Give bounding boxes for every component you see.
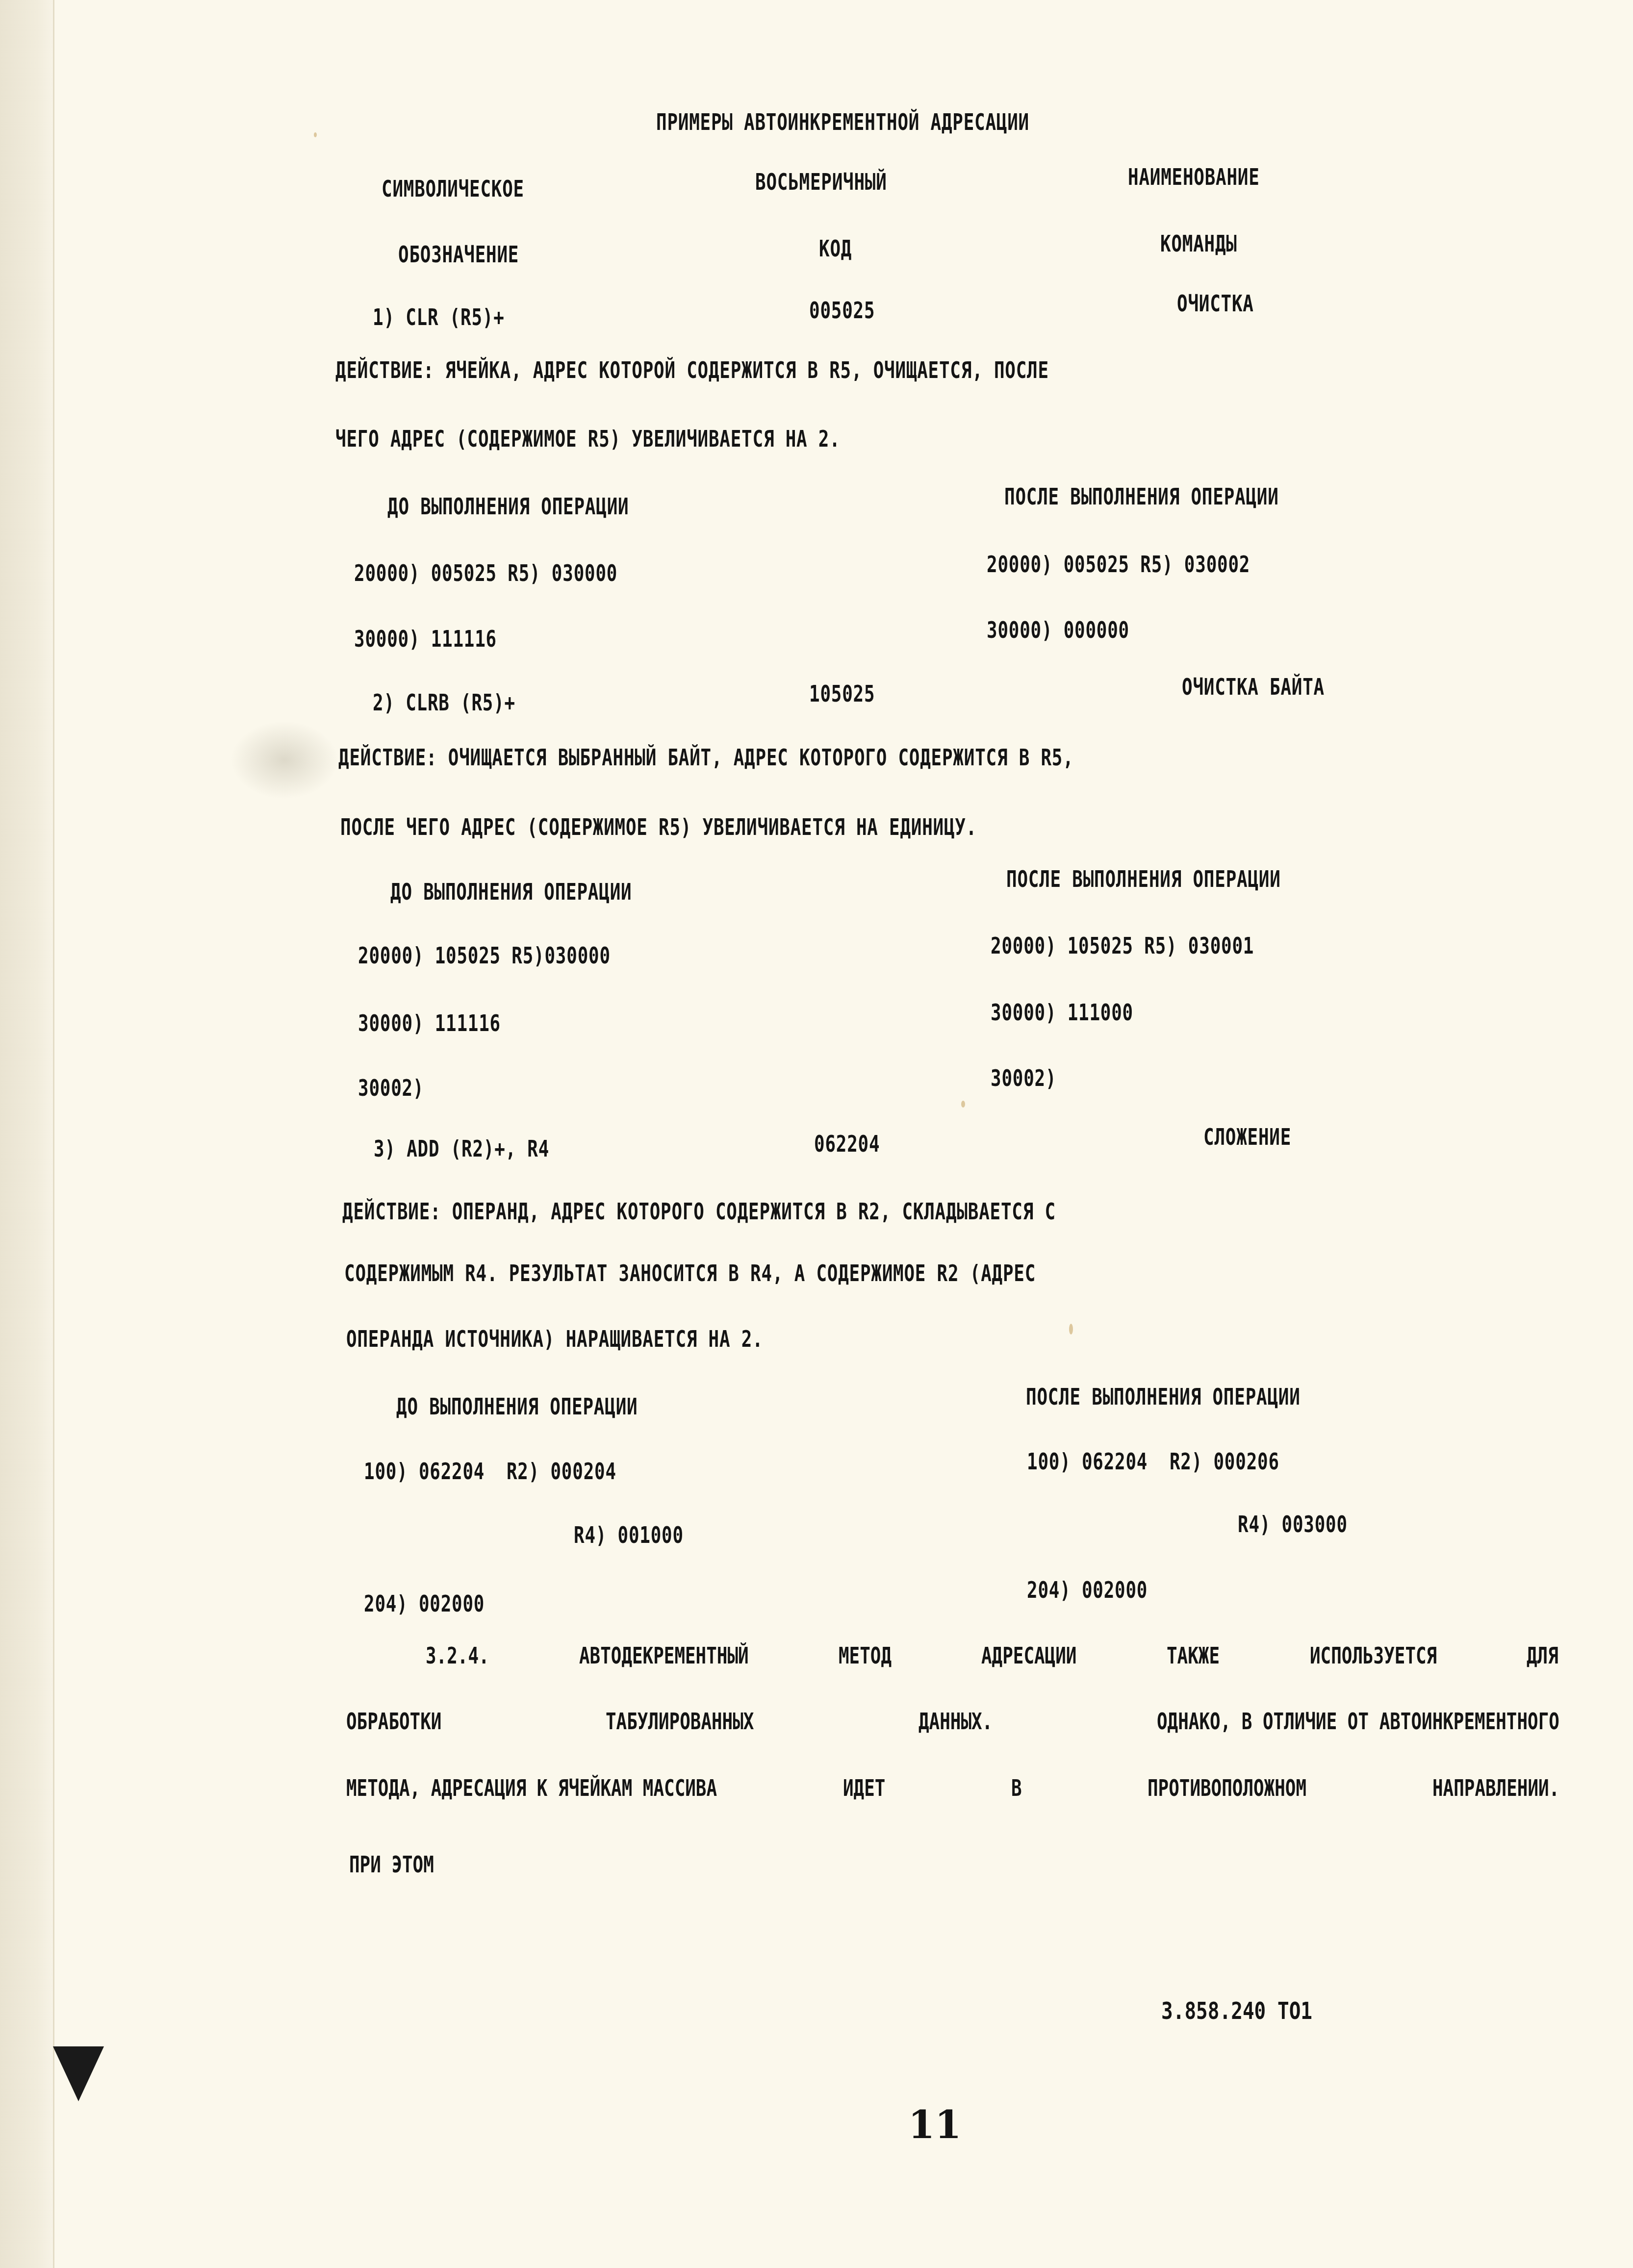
column-header-symbolic-1: СИМВОЛИЧЕСКОЕ [382,177,524,200]
paragraph-word: ДЛЯ [1527,1644,1552,1667]
paragraph-word: МЕТОДА, АДРЕСАЦИЯ К ЯЧЕЙКАМ МАССИВА [346,1777,636,1799]
example-2-after-label: ПОСЛЕ ВЫПОЛНЕНИЯ ОПЕРАЦИИ [1006,868,1281,890]
example-2-octal: 105025 [809,682,875,705]
example-2-name: ОЧИСТКА БАЙТА [1182,676,1325,698]
page-title: ПРИМЕРЫ АВТОИНКРЕМЕНТНОЙ АДРЕСАЦИИ [656,111,1029,133]
example-2-after-row: 20000) 105025 R5) 030001 [991,934,1254,957]
column-header-octal-2: КОД [819,237,852,260]
column-header-name-1: НАИМЕНОВАНИЕ [1128,166,1260,188]
paragraph-word: МЕТОД [839,1644,880,1667]
example-2-action-line: ДЕЙСТВИЕ: ОЧИЩАЕТСЯ ВЫБРАННЫЙ БАЙТ, АДРЕ… [338,746,1074,769]
document-code: 3.858.240 ТО1 [1161,1999,1312,2023]
example-1-before-row: 20000) 005025 R5) 030000 [354,562,617,584]
example-1-after-row: 20000) 005025 R5) 030002 [987,553,1250,576]
paragraph-word: АВТОДЕКРЕМЕНТНЫЙ [579,1644,712,1667]
example-3-name: СЛОЖЕНИЕ [1203,1126,1291,1148]
example-2-after-row: 30002) [991,1067,1056,1089]
example-2-before-row: 30000) 111116 [358,1012,501,1034]
paragraph-word: ИСПОЛЬЗУЕТСЯ [1310,1644,1409,1667]
example-2-after-row: 30000) 111000 [991,1001,1133,1024]
example-1-symbolic: 1) CLR (R5)+ [373,306,505,328]
paper-speck [314,132,317,137]
example-3-before-row: 204) 002000 [364,1592,485,1615]
paragraph-word: В [1011,1777,1020,1799]
paragraph-line: ОБРАБОТКИТАБУЛИРОВАННЫХДАННЫХ.ОДНАКО, В … [346,1710,1559,1733]
paragraph-word: ИДЕТ [843,1777,876,1799]
example-3-after-row: R4) 003000 [1238,1513,1348,1536]
paragraph-line: МЕТОДА, АДРЕСАЦИЯ К ЯЧЕЙКАМ МАССИВАИДЕТВ… [346,1777,1559,1799]
example-3-before-label: ДО ВЫПОЛНЕНИЯ ОПЕРАЦИИ [396,1395,638,1418]
example-3-after-row: 204) 002000 [1027,1579,1148,1601]
paragraph-word: ПРИ ЭТОМ [349,1853,415,1876]
example-1-before-label: ДО ВЫПОЛНЕНИЯ ОПЕРАЦИИ [387,495,629,518]
page-number: 11 [908,2106,962,2144]
example-2-action-line: ПОСЛЕ ЧЕГО АДРЕС (СОДЕРЖИМОЕ R5) УВЕЛИЧИ… [340,816,977,838]
example-3-after-label: ПОСЛЕ ВЫПОЛНЕНИЯ ОПЕРАЦИИ [1026,1386,1301,1408]
example-3-before-row: 100) 062204 R2) 000204 [364,1460,616,1483]
paragraph-line: 3.2.4.АВТОДЕКРЕМЕНТНЫЙМЕТОДАДРЕСАЦИИТАКЖ… [426,1644,1558,1667]
paragraph-word: ТАБУЛИРОВАННЫХ [606,1710,721,1733]
example-1-after-row: 30000) 000000 [987,619,1129,641]
example-1-action-line: ЧЕГО АДРЕС (СОДЕРЖИМОЕ R5) УВЕЛИЧИВАЕТСЯ… [335,428,841,450]
paragraph-word: ТАКЖЕ [1167,1644,1208,1667]
example-3-octal: 062204 [814,1133,880,1155]
example-2-before-label: ДО ВЫПОЛНЕНИЯ ОПЕРАЦИИ [390,881,632,903]
example-1-octal: 005025 [809,299,875,322]
column-header-name-2: КОМАНДЫ [1160,232,1237,255]
example-2-before-row: 30002) [358,1077,424,1099]
paragraph-word: 3.2.4. [426,1644,475,1667]
paragraph-line: ПРИ ЭТОМ [349,1853,496,1876]
example-3-after-row: 100) 062204 R2) 000206 [1027,1450,1279,1473]
example-3-symbolic: 3) ADD (R2)+, R4 [374,1137,549,1160]
example-1-after-label: ПОСЛЕ ВЫПОЛНЕНИЯ ОПЕРАЦИИ [1004,485,1279,508]
example-3-action-line: СОДЕРЖИМЫМ R4. РЕЗУЛЬТАТ ЗАНОСИТСЯ В R4,… [344,1262,1036,1285]
column-header-symbolic-2: ОБОЗНАЧЕНИЕ [398,243,519,266]
paragraph-word: ОДНАКО, В ОТЛИЧИЕ ОТ АВТОИНКРЕМЕНТНОГО [1157,1710,1471,1733]
paragraph-word: ДАННЫХ. [919,1710,976,1733]
example-2-symbolic: 2) CLRB (R5)+ [373,691,515,714]
example-3-action-line: ОПЕРАНДА ИСТОЧНИКА) НАРАЩИВАЕТСЯ НА 2. [346,1328,764,1350]
triangle-marker-icon [53,2046,104,2101]
paragraph-word: ПРОТИВОПОЛОЖНОМ [1148,1777,1272,1799]
page-binding-edge [0,0,54,2268]
paragraph-word: АДРЕСАЦИИ [981,1644,1056,1667]
example-3-before-row: R4) 001000 [574,1524,684,1546]
paper-smudge [230,721,338,799]
paragraph-word: ОБРАБОТКИ [346,1710,421,1733]
example-1-before-row: 30000) 111116 [354,628,497,650]
column-header-octal-1: ВОСЬМЕРИЧНЫЙ [755,171,887,193]
example-1-action-line: ДЕЙСТВИЕ: ЯЧЕЙКА, АДРЕС КОТОРОЙ СОДЕРЖИТ… [335,359,1049,381]
example-2-before-row: 20000) 105025 R5)030000 [358,944,611,967]
paragraph-word: НАПРАВЛЕНИИ. [1432,1777,1531,1799]
paper-speck [1069,1324,1073,1335]
paper-speck [961,1101,965,1108]
example-3-action-line: ДЕЙСТВИЕ: ОПЕРАНД, АДРЕС КОТОРОГО СОДЕРЖ… [342,1200,1056,1223]
example-1-name: ОЧИСТКА [1177,292,1254,315]
